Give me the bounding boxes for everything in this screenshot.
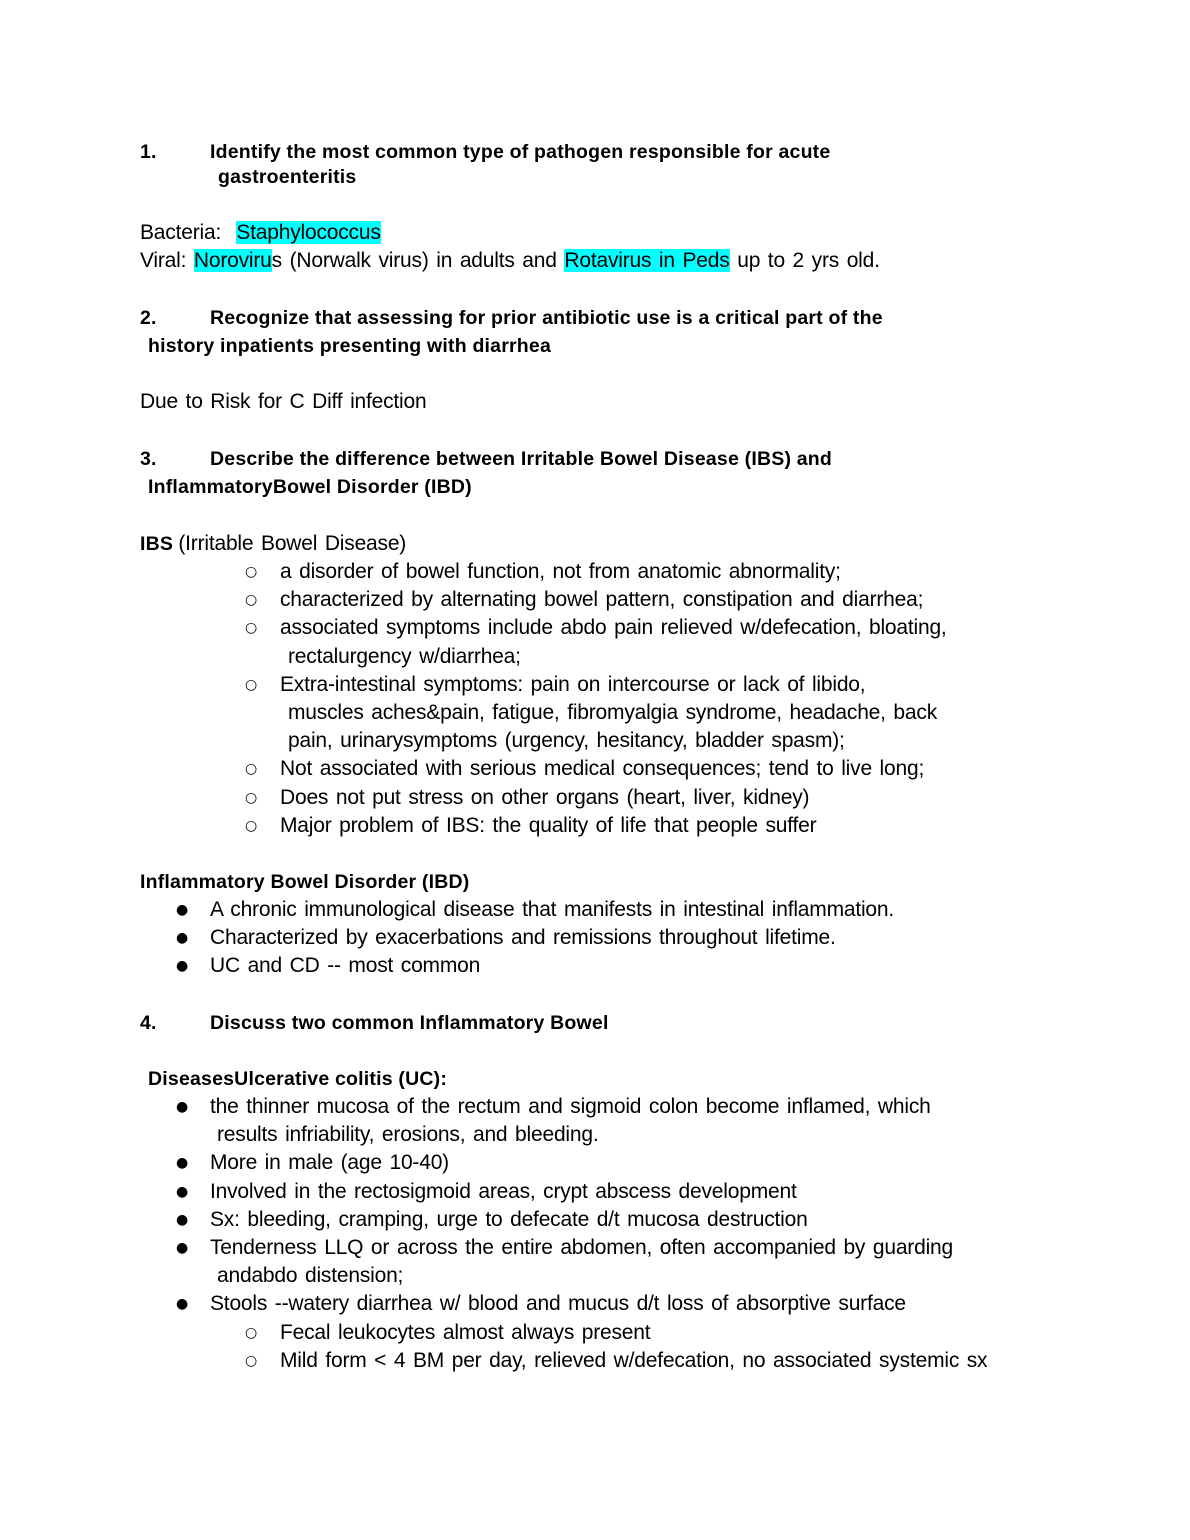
q2-answer: Due to Risk for C Diff infection: [140, 388, 427, 416]
q1-heading: 1.Identify the most common type of patho…: [140, 138, 830, 166]
stool-sublist-item: Fecal leukocytes almost always present: [280, 1319, 650, 1347]
ibs-list-item: associated symptoms include abdo pain re…: [280, 614, 947, 642]
uc-list-item: Stools --watery diarrhea w/ blood and mu…: [210, 1290, 906, 1318]
highlight-rotavirus: Rotavirus in Peds: [564, 249, 729, 272]
q3-heading-cont: InflammatoryBowel Disorder (IBD): [148, 473, 472, 501]
uc-list-item: Sx: bleeding, cramping, urge to defecate…: [210, 1206, 808, 1234]
ibd-subheading: Inflammatory Bowel Disorder (IBD): [140, 868, 469, 896]
uc-list-item: Tenderness LLQ or across the entire abdo…: [210, 1234, 953, 1262]
hollow-bullet-icon: ○: [245, 755, 257, 783]
uc-list-item: the thinner mucosa of the rectum and sig…: [210, 1093, 931, 1121]
q1-bacteria-line: Bacteria: Staphylococcus: [140, 219, 381, 247]
document-page: 1.Identify the most common type of patho…: [0, 0, 1190, 1540]
q2-heading: 2.Recognize that assessing for prior ant…: [140, 304, 883, 332]
ibs-list-item: characterized by alternating bowel patte…: [280, 586, 923, 614]
ibs-list-item: Extra-intestinal symptoms: pain on inter…: [280, 671, 865, 699]
ibs-subheading: IBS (Irritable Bowel Disease): [140, 529, 406, 558]
q3-heading: 3.Describe the difference between Irrita…: [140, 445, 832, 473]
highlight-staphylococcus: Staphylococcus: [236, 221, 380, 244]
ibd-list-item: Characterized by exacerbations and remis…: [210, 924, 836, 952]
uc-list-item: results infriability, erosions, and blee…: [217, 1121, 598, 1149]
hollow-bullet-icon: ○: [245, 1319, 257, 1347]
highlight-norovirus: Noroviru: [194, 249, 272, 272]
hollow-bullet-icon: ○: [245, 784, 257, 812]
ibs-list-item: Does not put stress on other organs (hea…: [280, 784, 809, 812]
bullet-icon: ●: [176, 924, 188, 952]
uc-list-item: More in male (age 10-40): [210, 1149, 449, 1177]
q2-number: 2.: [140, 304, 210, 332]
ibs-list-item: pain, urinarysymptoms (urgency, hesitanc…: [288, 727, 845, 755]
q1-heading-cont: gastroenteritis: [218, 163, 356, 191]
bullet-icon: ●: [176, 1178, 188, 1206]
bullet-icon: ●: [176, 896, 188, 924]
q1-viral-line: Viral: Norovirus (Norwalk virus) in adul…: [140, 247, 880, 275]
bullet-icon: ●: [176, 1234, 188, 1262]
bullet-icon: ●: [176, 952, 188, 980]
hollow-bullet-icon: ○: [245, 812, 257, 840]
hollow-bullet-icon: ○: [245, 614, 257, 642]
bullet-icon: ●: [176, 1290, 188, 1318]
ibs-list-item: Major problem of IBS: the quality of lif…: [280, 812, 816, 840]
hollow-bullet-icon: ○: [245, 1347, 257, 1375]
q4-heading-cont: DiseasesUlcerative colitis (UC):: [148, 1065, 447, 1093]
bullet-icon: ●: [176, 1206, 188, 1234]
bullet-icon: ●: [176, 1149, 188, 1177]
uc-list-item: andabdo distension;: [217, 1262, 403, 1290]
uc-list-item: Involved in the rectosigmoid areas, cryp…: [210, 1178, 797, 1206]
q4-heading: 4.Discuss two common Inflammatory Bowel: [140, 1009, 609, 1037]
hollow-bullet-icon: ○: [245, 558, 257, 586]
ibd-list-item: UC and CD -- most common: [210, 952, 480, 980]
bullet-icon: ●: [176, 1093, 188, 1121]
ibs-list-item: Not associated with serious medical cons…: [280, 755, 924, 783]
stool-sublist-item: Mild form < 4 BM per day, relieved w/def…: [280, 1347, 987, 1375]
q2-heading-cont: history inpatients presenting with diarr…: [148, 332, 551, 360]
ibs-list-item: muscles aches&pain, fatigue, fibromyalgi…: [288, 699, 937, 727]
hollow-bullet-icon: ○: [245, 586, 257, 614]
q3-number: 3.: [140, 445, 210, 473]
ibd-list-item: A chronic immunological disease that man…: [210, 896, 894, 924]
q1-number: 1.: [140, 138, 210, 166]
ibs-list-item: a disorder of bowel function, not from a…: [280, 558, 841, 586]
hollow-bullet-icon: ○: [245, 671, 257, 699]
ibs-list-item: rectalurgency w/diarrhea;: [288, 643, 521, 671]
q4-number: 4.: [140, 1009, 210, 1037]
